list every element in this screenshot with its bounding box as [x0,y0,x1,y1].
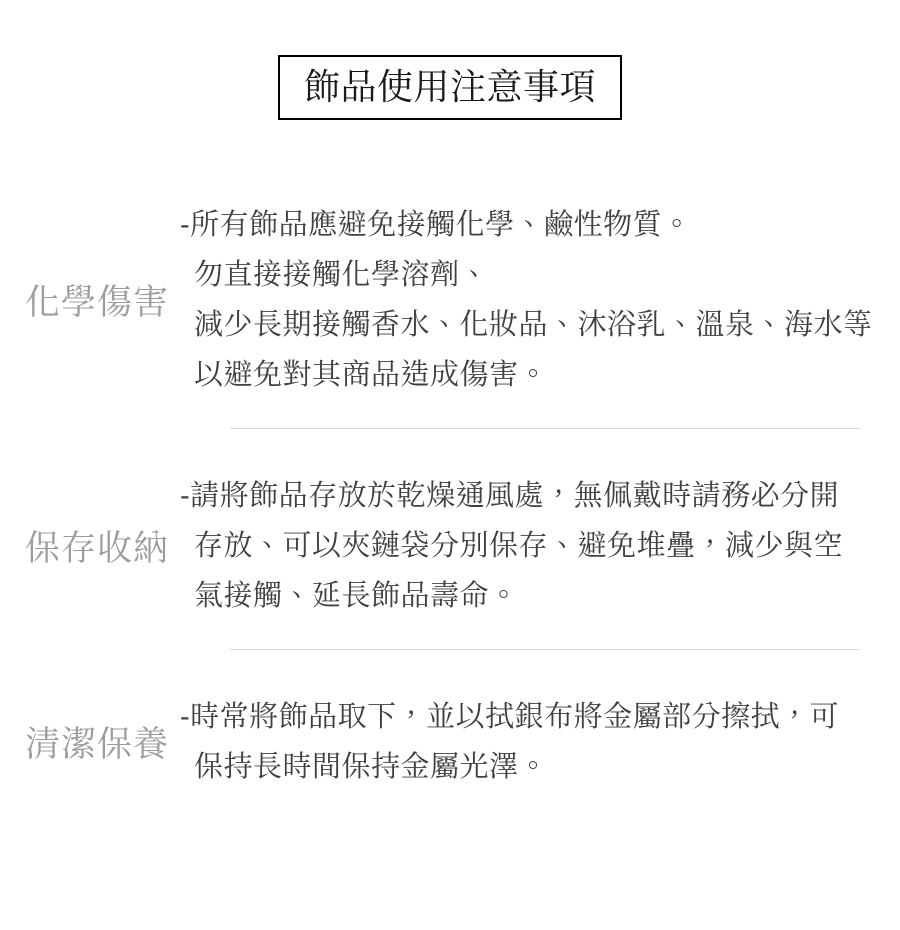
section-row: 清潔保養-時常將飾品取下，並以拭銀布將金屬部分擦拭，可保持長時間保持金屬光澤。 [0,692,900,792]
section-text: -所有飾品應避免接觸化學、鹼性物質。勿直接接觸化學溶劑、減少長期接觸香水、化妝品… [180,200,900,400]
sections-container: 化學傷害-所有飾品應避免接觸化學、鹼性物質。勿直接接觸化學溶劑、減少長期接觸香水… [0,200,900,792]
section-text-line: 減少長期接觸香水、化妝品、沐浴乳、溫泉、海水等 [194,300,873,350]
section-label: 保存收納 [0,521,180,571]
section-text-line: 以避免對其商品造成傷害。 [194,350,873,400]
section-label: 化學傷害 [0,275,180,325]
care-instructions-page: 飾品使用注意事項 化學傷害-所有飾品應避免接觸化學、鹼性物質。勿直接接觸化學溶劑… [0,0,900,930]
section-text-line: 存放、可以夾鏈袋分別保存、避免堆疊，減少與空 [194,521,864,571]
section-row: 化學傷害-所有飾品應避免接觸化學、鹼性物質。勿直接接觸化學溶劑、減少長期接觸香水… [0,200,900,400]
page-title: 飾品使用注意事項 [304,66,596,107]
section-text-line: 勿直接接觸化學溶劑、 [194,250,873,300]
section-text-line: 保持長時間保持金屬光澤。 [194,742,864,792]
section-text-line: -請將飾品存放於乾燥通風處，無佩戴時請務必分開 [180,471,864,521]
section-row: 保存收納-請將飾品存放於乾燥通風處，無佩戴時請務必分開存放、可以夾鏈袋分別保存、… [0,471,900,621]
section-text: -請將飾品存放於乾燥通風處，無佩戴時請務必分開存放、可以夾鏈袋分別保存、避免堆疊… [180,471,900,621]
page-title-box: 飾品使用注意事項 [278,55,622,120]
section-text: -時常將飾品取下，並以拭銀布將金屬部分擦拭，可保持長時間保持金屬光澤。 [180,692,900,792]
section-text-line: -時常將飾品取下，並以拭銀布將金屬部分擦拭，可 [180,692,864,742]
section-text-line: -所有飾品應避免接觸化學、鹼性物質。 [180,200,873,250]
section-text-line: 氣接觸、延長飾品壽命。 [194,571,864,621]
section-label: 清潔保養 [0,717,180,767]
section-divider [230,428,860,429]
section-divider [230,649,860,650]
